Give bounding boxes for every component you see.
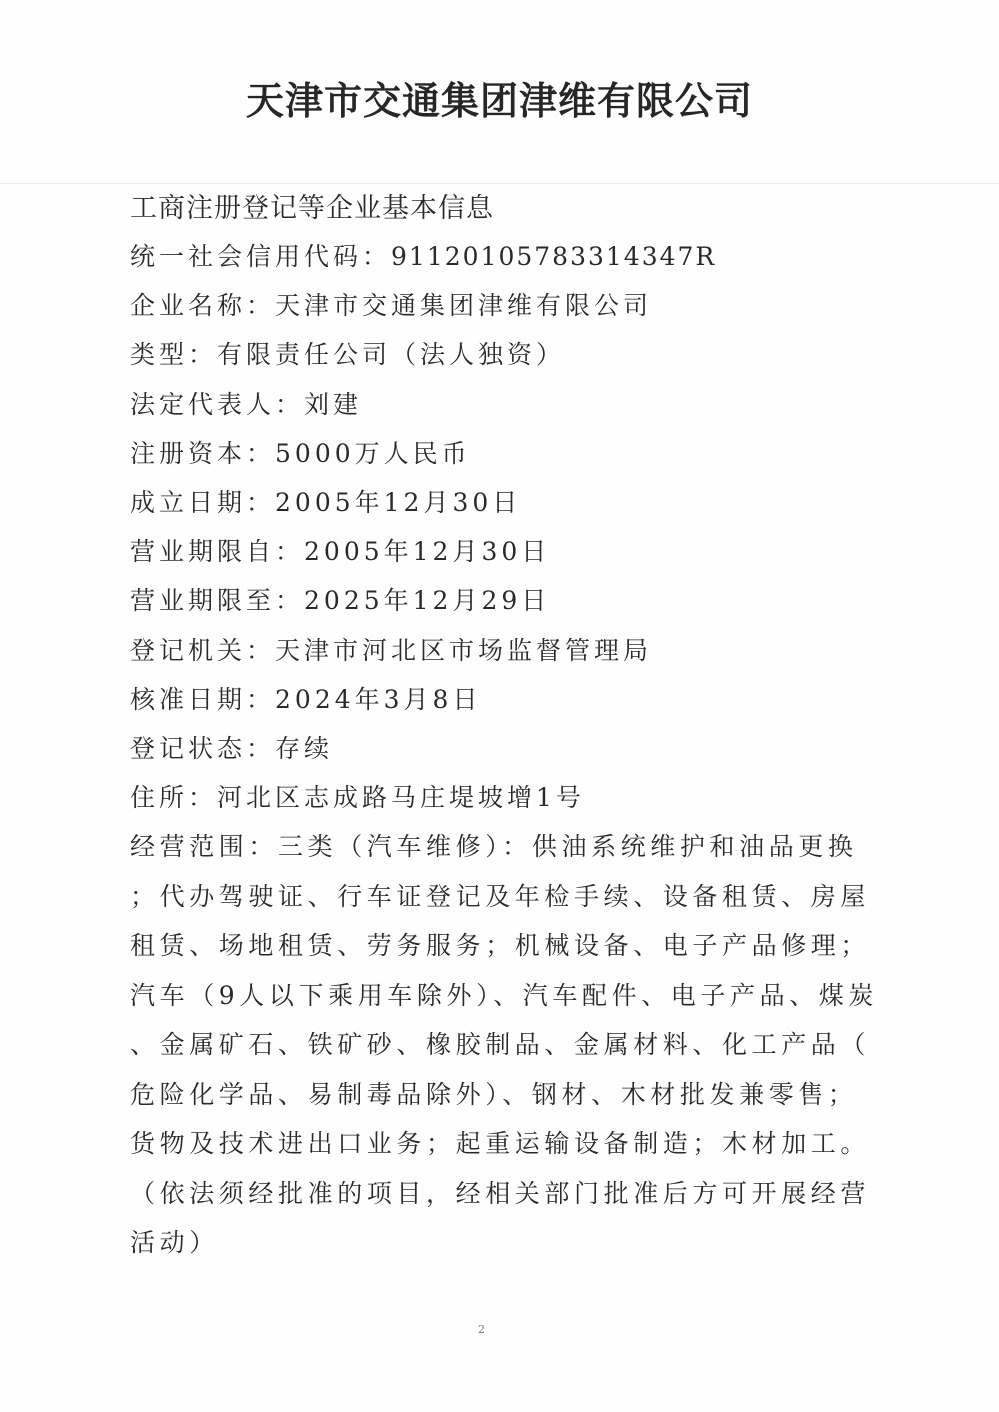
field-value: 2025年12月29日: [304, 586, 550, 615]
scope-line: 汽车（9人以下乘用车除外）、汽车配件、电子产品、煤炭: [130, 971, 870, 1021]
page-number: 2: [478, 1323, 485, 1336]
scope-line: 经营范围：三类（汽车维修）：供油系统维护和油品更换: [130, 822, 870, 872]
field-label: 营业期限至：: [130, 586, 304, 615]
scope-line: 货物及技术进出口业务；起重运输设备制造；木材加工。: [130, 1119, 870, 1169]
field-label: 注册资本：: [130, 439, 275, 468]
field-label: 法定代表人：: [130, 390, 304, 419]
scope-line: 危险化学品、易制毒品除外）、钢材、木材批发兼零售；: [130, 1070, 870, 1120]
document-title: 天津市交通集团津维有限公司: [0, 70, 999, 125]
scope-line: （依法须经批准的项目，经相关部门批准后方可开展经营: [130, 1169, 870, 1219]
field-label: 核准日期：: [130, 685, 275, 714]
field-value: 天津市河北区市场监督管理局: [275, 636, 652, 665]
field-term-from: 营业期限自：2005年12月30日: [130, 527, 870, 576]
field-address: 住所：河北区志成路马庄堤坡增1号: [130, 773, 870, 822]
field-approval-date: 核准日期：2024年3月8日: [130, 675, 870, 724]
field-value: 2024年3月8日: [275, 685, 481, 714]
field-value: 2005年12月30日: [304, 537, 550, 566]
field-label: 营业期限自：: [130, 537, 304, 566]
divider: [0, 183, 999, 184]
field-label: 类型：: [130, 340, 217, 369]
field-registered-capital: 注册资本：5000万人民币: [130, 429, 870, 478]
section-heading: 工商注册登记等企业基本信息: [130, 186, 494, 225]
field-value: 刘建: [304, 390, 362, 419]
scope-line: 租赁、场地租赁、劳务服务；机械设备、电子产品修理；: [130, 921, 870, 971]
scope-line: 活动）: [130, 1218, 870, 1268]
business-scope: 经营范围：三类（汽车维修）：供油系统维护和油品更换 ；代办驾驶证、行车证登记及年…: [130, 822, 870, 1268]
field-value: 存续: [275, 734, 333, 763]
info-fields: 统一社会信用代码：91120105783314347R 企业名称：天津市交通集团…: [130, 232, 870, 822]
field-credit-code: 统一社会信用代码：91120105783314347R: [130, 232, 870, 281]
field-label: 登记机关：: [130, 636, 275, 665]
field-label: 成立日期：: [130, 488, 275, 517]
field-term-to: 营业期限至：2025年12月29日: [130, 576, 870, 625]
field-value: 天津市交通集团津维有限公司: [275, 291, 652, 320]
field-company-name: 企业名称：天津市交通集团津维有限公司: [130, 281, 870, 330]
field-established-date: 成立日期：2005年12月30日: [130, 478, 870, 527]
field-value: 2005年12月30日: [275, 488, 521, 517]
field-label: 统一社会信用代码：: [130, 242, 391, 271]
field-type: 类型：有限责任公司（法人独资）: [130, 330, 870, 379]
document-page: 天津市交通集团津维有限公司 工商注册登记等企业基本信息 统一社会信用代码：911…: [0, 0, 999, 1412]
scope-line: ；代办驾驶证、行车证登记及年检手续、设备租赁、房屋: [130, 872, 870, 922]
field-label: 登记状态：: [130, 734, 275, 763]
field-label: 住所：: [130, 783, 217, 812]
field-value: 91120105783314347R: [391, 242, 716, 271]
field-value: 5000万人民币: [275, 439, 471, 468]
field-label: 企业名称：: [130, 291, 275, 320]
field-value: 有限责任公司（法人独资）: [217, 340, 565, 369]
scope-line: 、金属矿石、铁矿砂、橡胶制品、金属材料、化工产品（: [130, 1020, 870, 1070]
field-status: 登记状态：存续: [130, 724, 870, 773]
field-legal-rep: 法定代表人：刘建: [130, 380, 870, 429]
field-registration-authority: 登记机关：天津市河北区市场监督管理局: [130, 626, 870, 675]
field-value: 河北区志成路马庄堤坡增1号: [217, 783, 585, 812]
